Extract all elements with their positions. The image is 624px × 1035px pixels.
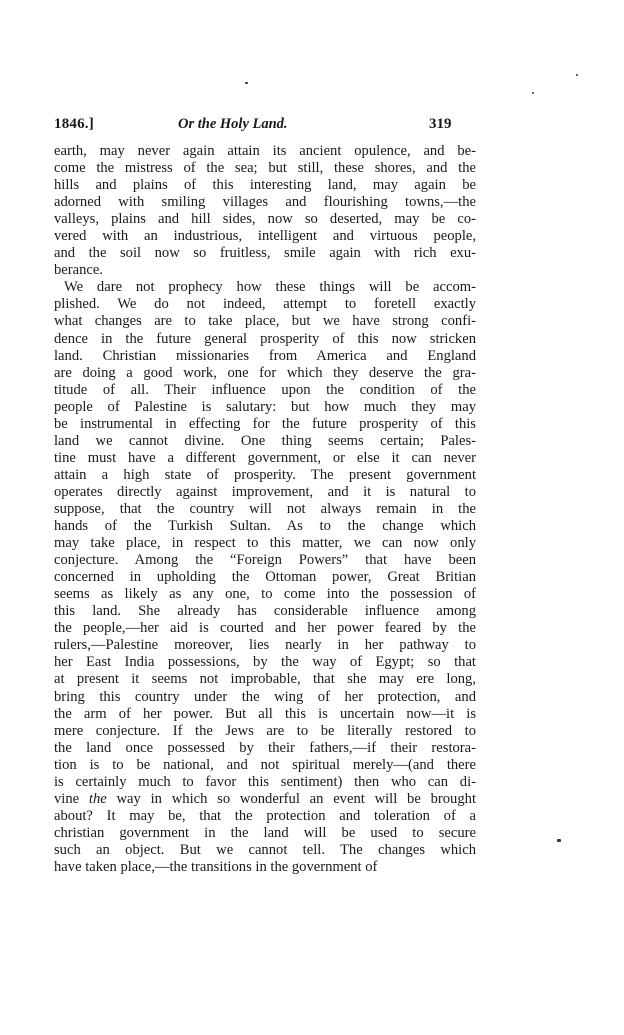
- text-line: this land. She already has considerable …: [54, 603, 476, 620]
- text-line: about? It may be, that the protection an…: [54, 808, 476, 825]
- running-head-year: 1846.]: [54, 114, 94, 134]
- text-line: hills and plains of this interesting lan…: [54, 177, 476, 194]
- running-head-title: Or the Holy Land.: [178, 114, 288, 134]
- text-line: seems as likely as any one, to come into…: [54, 586, 476, 603]
- text-line: at present it seems not improbable, that…: [54, 671, 476, 688]
- text-line: tine must have a different government, o…: [54, 450, 476, 467]
- book-page: 1846.] Or the Holy Land. 319 earth, may …: [0, 0, 624, 1035]
- text-line: plished. We do not indeed, attempt to fo…: [54, 296, 476, 313]
- running-head: 1846.] Or the Holy Land. 319: [54, 114, 476, 134]
- text-line: earth, may never again attain its ancien…: [54, 143, 476, 160]
- text-line: the people,—her aid is courted and her p…: [54, 620, 476, 637]
- text-line: mere conjecture. If the Jews are to be l…: [54, 723, 476, 740]
- text-line: have taken place,—the transitions in the…: [54, 859, 476, 876]
- text-line: rulers,—Palestine moreover, lies nearly …: [54, 637, 476, 654]
- text-line: come the mistress of the sea; but still,…: [54, 160, 476, 177]
- text-line: dence in the future general prosperity o…: [54, 331, 476, 348]
- text-line: tion is to be national, and not spiritua…: [54, 757, 476, 774]
- text-line: land we cannot divine. One thing seems c…: [54, 433, 476, 450]
- text-line: vine the way in which so wonderful an ev…: [54, 791, 476, 808]
- body-text: earth, may never again attain its ancien…: [54, 143, 476, 876]
- text-line: berance.: [54, 262, 476, 279]
- text-line: may take place, in respect to this matte…: [54, 535, 476, 552]
- text-line: attain a high state of prosperity. The p…: [54, 467, 476, 484]
- text-line: christian government in the land will be…: [54, 825, 476, 842]
- text-segment: way in which so wonderful an event will …: [107, 791, 476, 807]
- text-line: is certainly much to favor this sentimen…: [54, 774, 476, 791]
- text-line: her East India possessions, by the way o…: [54, 654, 476, 671]
- scan-speck: [557, 839, 561, 842]
- text-line: the arm of her power. But all this is un…: [54, 706, 476, 723]
- scan-speck: [532, 92, 534, 94]
- text-line: We dare not prophecy how these things wi…: [54, 279, 476, 296]
- text-line: people of Palestine is salutary: but how…: [54, 399, 476, 416]
- text-line: are doing a good work, one for which the…: [54, 365, 476, 382]
- scan-speck: [245, 82, 248, 84]
- text-line: and the soil now so fruitless, smile aga…: [54, 245, 476, 262]
- text-line: conjecture. Among the “Foreign Powers” t…: [54, 552, 476, 569]
- text-line: land. Christian missionaries from Americ…: [54, 348, 476, 365]
- text-line: operates directly against improvement, a…: [54, 484, 476, 501]
- text-line: concerned in upholding the Ottoman power…: [54, 569, 476, 586]
- italic-text: the: [89, 791, 107, 807]
- text-line: the land once possessed by their fathers…: [54, 740, 476, 757]
- text-line: hands of the Turkish Sultan. As to the c…: [54, 518, 476, 535]
- page-number: 319: [429, 114, 452, 134]
- scan-speck: [576, 74, 578, 76]
- text-line: valleys, plains and hill sides, now so d…: [54, 211, 476, 228]
- text-line: such an object. But we cannot tell. The …: [54, 842, 476, 859]
- text-line: vered with an industrious, intelligent a…: [54, 228, 476, 245]
- text-segment: vine: [54, 791, 89, 807]
- text-line: titude of all. Their influence upon the …: [54, 382, 476, 399]
- text-line: be instrumental in effecting for the fut…: [54, 416, 476, 433]
- text-line: suppose, that the country will not alway…: [54, 501, 476, 518]
- text-line: bring this country under the wing of her…: [54, 689, 476, 706]
- text-line: what changes are to take place, but we h…: [54, 313, 476, 330]
- text-line: adorned with smiling villages and flouri…: [54, 194, 476, 211]
